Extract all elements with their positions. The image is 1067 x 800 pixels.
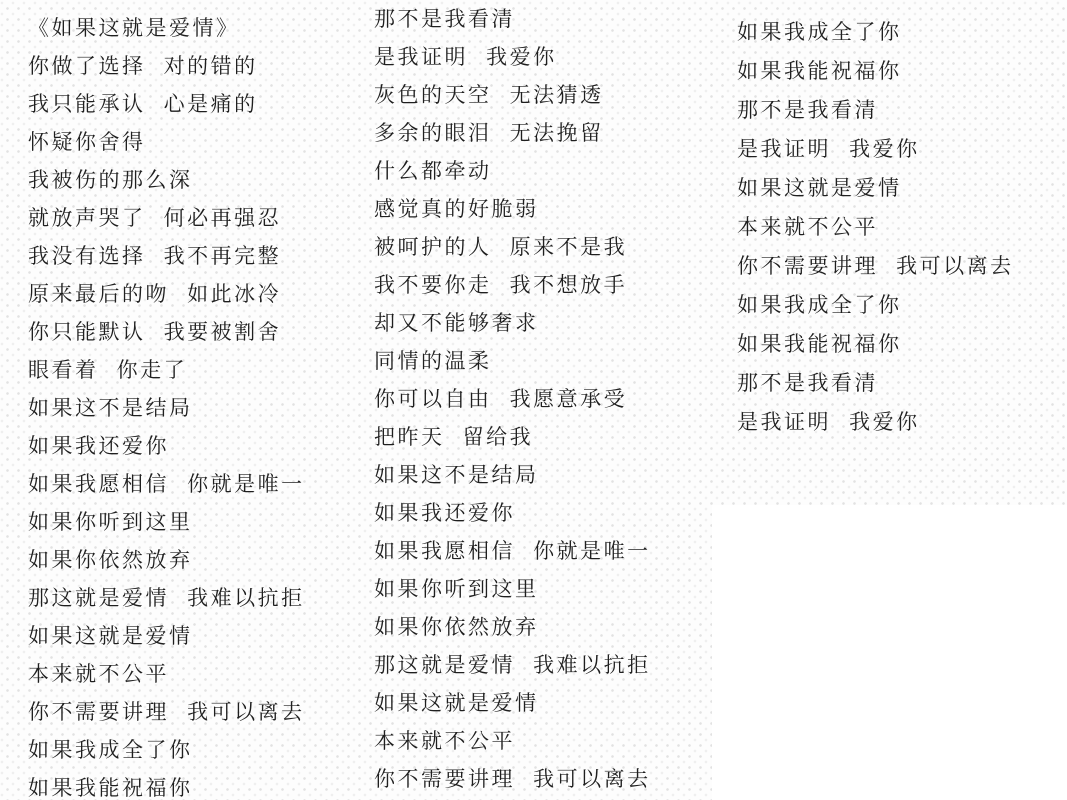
lyrics-column-2: 那不是我看清 是我证明 我爱你 灰色的天空 无法猜透 多余的眼泪 无法挽留 什么… <box>374 0 651 798</box>
lyric-line: 感觉真的好脆弱 <box>374 190 651 228</box>
lyric-line: 如果我能祝福你 <box>28 769 305 800</box>
lyric-line: 灰色的天空 无法猜透 <box>374 76 651 114</box>
lyrics-column-3: 如果我成全了你 如果我能祝福你 那不是我看清 是我证明 我爱你 如果这就是爱情 … <box>737 13 1014 442</box>
lyric-line: 本来就不公平 <box>737 208 1014 247</box>
lyric-line: 如果我还爱你 <box>28 427 305 465</box>
lyric-line: 那不是我看清 <box>737 91 1014 130</box>
lyric-line: 多余的眼泪 无法挽留 <box>374 114 651 152</box>
lyric-line: 你不需要讲理 我可以离去 <box>737 247 1014 286</box>
lyric-line: 眼看着 你走了 <box>28 351 305 389</box>
lyric-line: 你做了选择 对的错的 <box>28 47 305 85</box>
lyric-line: 如果你依然放弃 <box>374 608 651 646</box>
lyric-line: 如果我成全了你 <box>737 13 1014 52</box>
lyric-line: 是我证明 我爱你 <box>737 130 1014 169</box>
lyric-line: 你不需要讲理 我可以离去 <box>374 760 651 798</box>
lyric-line: 如果这不是结局 <box>28 389 305 427</box>
lyric-line: 就放声哭了 何必再强忍 <box>28 199 305 237</box>
lyric-line: 如果你听到这里 <box>28 503 305 541</box>
lyric-line: 如果这就是爱情 <box>737 169 1014 208</box>
song-title: 《如果这就是爱情》 <box>28 9 305 47</box>
lyric-line: 如果我能祝福你 <box>737 325 1014 364</box>
blank-area <box>712 505 1067 800</box>
lyric-line: 被呵护的人 原来不是我 <box>374 228 651 266</box>
lyrics-column-1: 《如果这就是爱情》 你做了选择 对的错的 我只能承认 心是痛的 怀疑你舍得 我被… <box>28 9 305 800</box>
lyric-line: 同情的温柔 <box>374 342 651 380</box>
lyric-line: 你可以自由 我愿意承受 <box>374 380 651 418</box>
lyric-line: 你不需要讲理 我可以离去 <box>28 693 305 731</box>
lyric-line: 如果这就是爱情 <box>374 684 651 722</box>
lyric-line: 是我证明 我爱你 <box>374 38 651 76</box>
lyric-line: 如果你依然放弃 <box>28 541 305 579</box>
lyric-line: 原来最后的吻 如此冰冷 <box>28 275 305 313</box>
lyric-line: 我只能承认 心是痛的 <box>28 85 305 123</box>
lyric-line: 那不是我看清 <box>374 0 651 38</box>
lyric-line: 本来就不公平 <box>28 655 305 693</box>
lyric-line: 那不是我看清 <box>737 364 1014 403</box>
lyric-line: 却又不能够奢求 <box>374 304 651 342</box>
lyric-line: 我没有选择 我不再完整 <box>28 237 305 275</box>
notebook-page: 《如果这就是爱情》 你做了选择 对的错的 我只能承认 心是痛的 怀疑你舍得 我被… <box>0 0 1067 800</box>
lyric-line: 如果我成全了你 <box>28 731 305 769</box>
lyric-line: 如果这就是爱情 <box>28 617 305 655</box>
lyric-line: 我被伤的那么深 <box>28 161 305 199</box>
lyric-line: 本来就不公平 <box>374 722 651 760</box>
lyric-line: 什么都牵动 <box>374 152 651 190</box>
lyric-line: 如果你听到这里 <box>374 570 651 608</box>
lyric-line: 如果我愿相信 你就是唯一 <box>28 465 305 503</box>
lyric-line: 我不要你走 我不想放手 <box>374 266 651 304</box>
lyric-line: 把昨天 留给我 <box>374 418 651 456</box>
lyric-line: 你只能默认 我要被割舍 <box>28 313 305 351</box>
lyric-line: 那这就是爱情 我难以抗拒 <box>374 646 651 684</box>
lyric-line: 如果这不是结局 <box>374 456 651 494</box>
lyric-line: 如果我成全了你 <box>737 286 1014 325</box>
lyric-line: 如果我还爱你 <box>374 494 651 532</box>
lyric-line: 那这就是爱情 我难以抗拒 <box>28 579 305 617</box>
lyric-line: 是我证明 我爱你 <box>737 403 1014 442</box>
lyric-line: 怀疑你舍得 <box>28 123 305 161</box>
lyric-line: 如果我能祝福你 <box>737 52 1014 91</box>
lyric-line: 如果我愿相信 你就是唯一 <box>374 532 651 570</box>
